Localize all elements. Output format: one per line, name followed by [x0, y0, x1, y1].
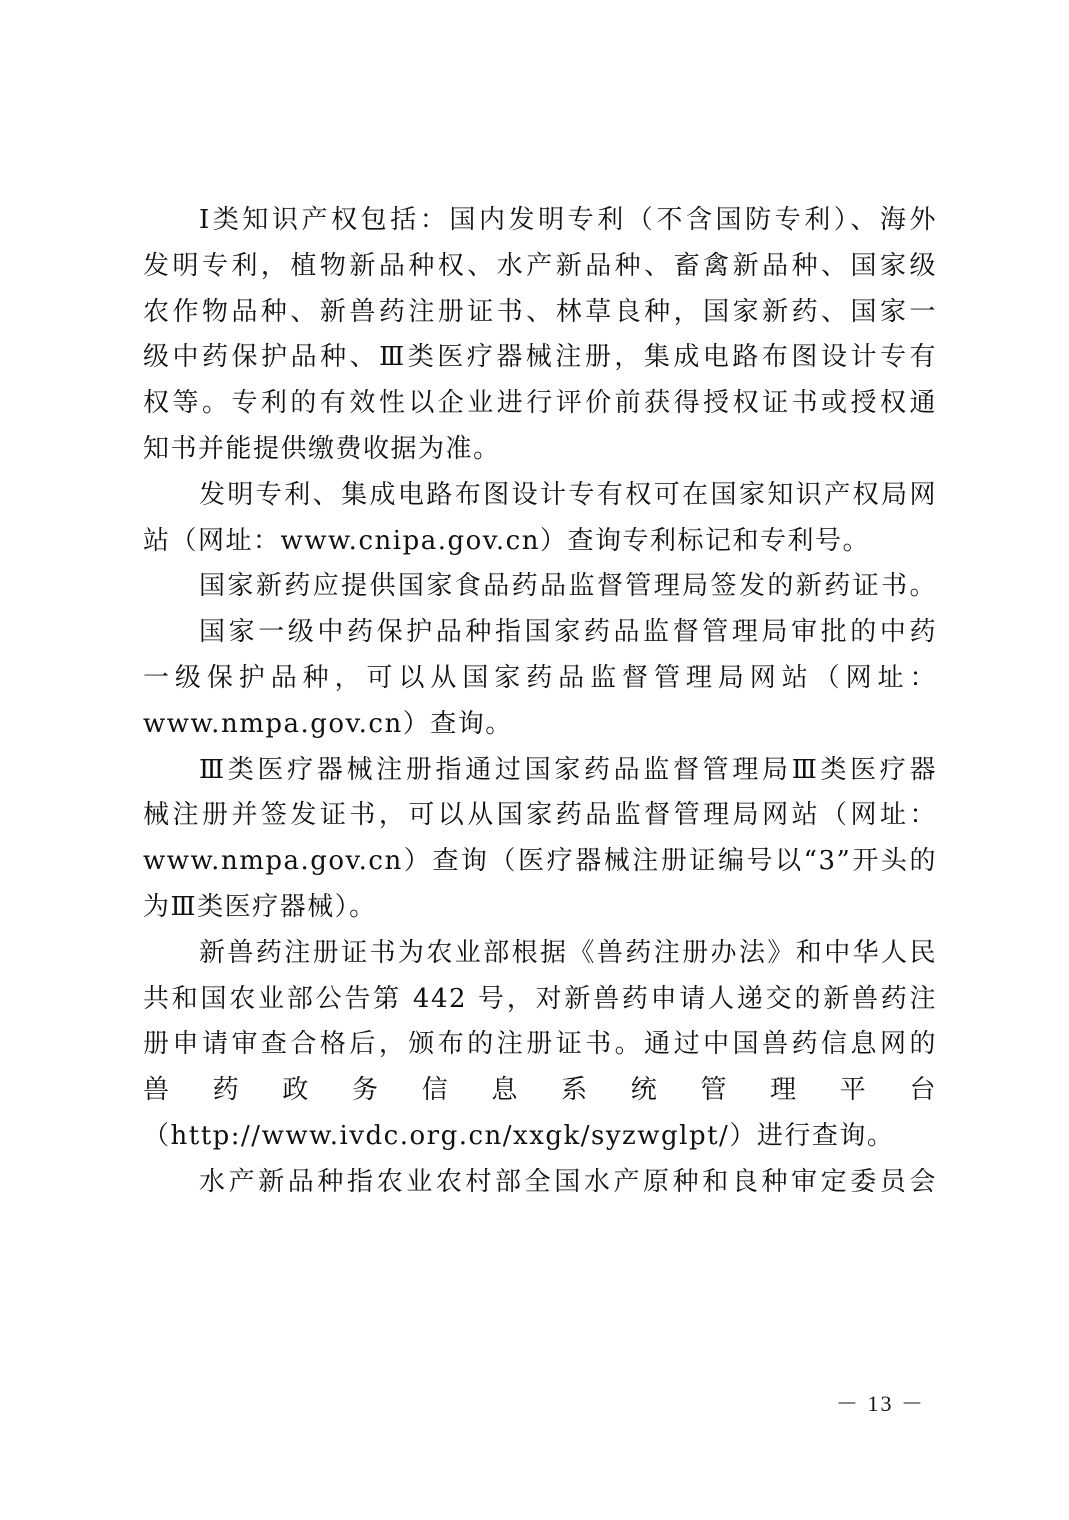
text-line: 农作物品种、新兽药注册证书、林草良种，国家新药、国家一: [143, 290, 937, 336]
text-line: Ⅲ类医疗器械注册指通过国家药品监督管理局Ⅲ类医疗器: [143, 748, 937, 794]
text-line: 械注册并签发证书，可以从国家药品监督管理局网站（网址：: [143, 793, 937, 839]
text-line: www.nmpa.gov.cn）查询。: [143, 702, 937, 748]
page-number: － 13 －: [836, 1387, 925, 1418]
text-line: 权等。专利的有效性以企业进行评价前获得授权证书或授权通: [143, 381, 937, 427]
text-line: Ⅰ类知识产权包括：国内发明专利（不含国防专利）、海外: [143, 198, 937, 244]
body-text: Ⅰ类知识产权包括：国内发明专利（不含国防专利）、海外 发明专利，植物新品种权、水…: [143, 198, 937, 1206]
text-line: 新兽药注册证书为农业部根据《兽药注册办法》和中华人民: [143, 931, 937, 977]
text-line: 知书并能提供缴费收据为准。: [143, 427, 937, 473]
text-line: 发明专利、集成电路布图设计专有权可在国家知识产权局网: [143, 473, 937, 519]
text-line: 兽药政务信息系统管理平台: [143, 1068, 937, 1114]
text-line: 级中药保护品种、Ⅲ类医疗器械注册，集成电路布图设计专有: [143, 335, 937, 381]
text-line: 发明专利，植物新品种权、水产新品种、畜禽新品种、国家级: [143, 244, 937, 290]
text-line: 国家一级中药保护品种指国家药品监督管理局审批的中药: [143, 610, 937, 656]
text-line: www.nmpa.gov.cn）查询（医疗器械注册证编号以“3”开头的: [143, 839, 937, 885]
text-line: 共和国农业部公告第 442 号，对新兽药申请人递交的新兽药注: [143, 977, 937, 1023]
text-line: 站（网址：www.cnipa.gov.cn）查询专利标记和专利号。: [143, 519, 937, 565]
text-line: 为Ⅲ类医疗器械）。: [143, 885, 937, 931]
text-line: 一级保护品种，可以从国家药品监督管理局网站（网址：: [143, 656, 937, 702]
text-line: 国家新药应提供国家食品药品监督管理局签发的新药证书。: [143, 564, 937, 610]
text-line: （http://www.ivdc.org.cn/xxgk/syzwglpt/）进…: [143, 1114, 937, 1160]
document-page: Ⅰ类知识产权包括：国内发明专利（不含国防专利）、海外 发明专利，植物新品种权、水…: [0, 0, 1069, 1520]
text-line: 水产新品种指农业农村部全国水产原种和良种审定委员会: [143, 1160, 937, 1206]
text-line: 册申请审查合格后，颁布的注册证书。通过中国兽药信息网的: [143, 1022, 937, 1068]
